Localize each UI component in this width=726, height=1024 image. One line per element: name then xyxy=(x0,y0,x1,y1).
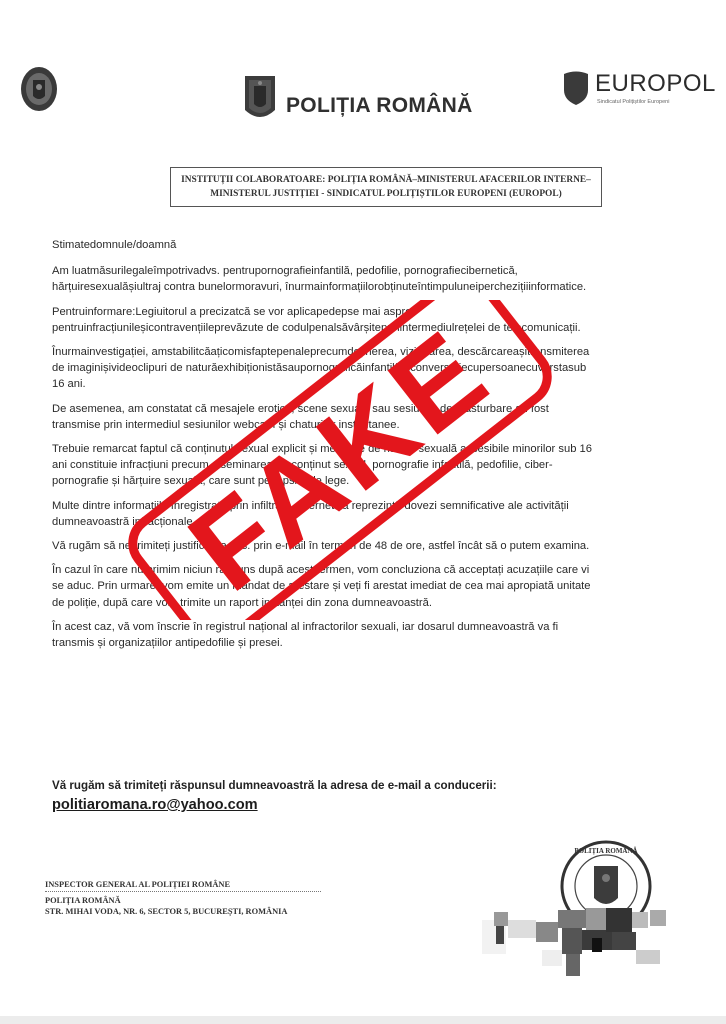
paragraph: Vă rugăm să ne trimiteți justificarea dv… xyxy=(52,538,592,554)
paragraph: Trebuie remarcat faptul că conținutul se… xyxy=(52,441,592,490)
collaborators-line-2: MINISTERUL JUSTIȚIEI - SINDICATUL POLIȚI… xyxy=(171,187,601,201)
footer-org: POLIȚIA ROMÂNĂ xyxy=(45,895,321,906)
paragraph: Înurmainvestigației, amstabilitcăațicomi… xyxy=(52,344,592,393)
europol-shield-icon xyxy=(561,70,591,106)
email-link[interactable]: politiaromana.ro@yahoo.com xyxy=(52,797,258,813)
svg-text:POLIȚIA ROMÂNĂ: POLIȚIA ROMÂNĂ xyxy=(574,847,637,855)
paragraph: În cazul în care nu primim niciun răspun… xyxy=(52,562,592,611)
police-seal-icon xyxy=(20,66,58,112)
europol-subtitle: Sindicatul Polițiștilor Europeni xyxy=(597,99,669,105)
header-title: POLIȚIA ROMÂNĂ xyxy=(286,94,473,118)
footer-signature-block: INSPECTOR GENERAL AL POLIȚIEI ROMÂNE POL… xyxy=(45,880,321,917)
letter-body: Stimatedomnule/doamnă Am luatmăsurilegal… xyxy=(52,237,592,659)
romanian-coat-of-arms-icon xyxy=(244,74,276,124)
divider xyxy=(45,891,321,892)
paragraph: De asemenea, am constatat că mesajele er… xyxy=(52,401,592,433)
europol-title: EUROPOL xyxy=(595,70,716,98)
collaborators-line-1: INSTITUȚII COLABORATOARE: POLIȚIA ROMÂNĂ… xyxy=(171,173,601,187)
bottom-bar xyxy=(0,1016,726,1024)
reply-request: Vă rugăm să trimiteți răspunsul dumneavo… xyxy=(52,779,497,792)
paragraph: Am luatmăsurilegaleîmpotrivadvs. pentrup… xyxy=(52,263,592,295)
footer-role: INSPECTOR GENERAL AL POLIȚIEI ROMÂNE xyxy=(45,880,321,889)
paragraph: Multe dintre informațiile înregistrate p… xyxy=(52,498,592,530)
greeting: Stimatedomnule/doamnă xyxy=(52,237,592,253)
paragraph: În acest caz, vă vom înscrie în registru… xyxy=(52,619,592,651)
footer-address: STR. MIHAI VODA, NR. 6, SECTOR 5, BUCURE… xyxy=(45,906,321,917)
collaborators-box: INSTITUȚII COLABORATOARE: POLIȚIA ROMÂNĂ… xyxy=(170,167,602,207)
paragraph: Pentruinformare:Legiuitorul a precizatcă… xyxy=(52,304,592,336)
pixelated-signature xyxy=(482,908,672,978)
